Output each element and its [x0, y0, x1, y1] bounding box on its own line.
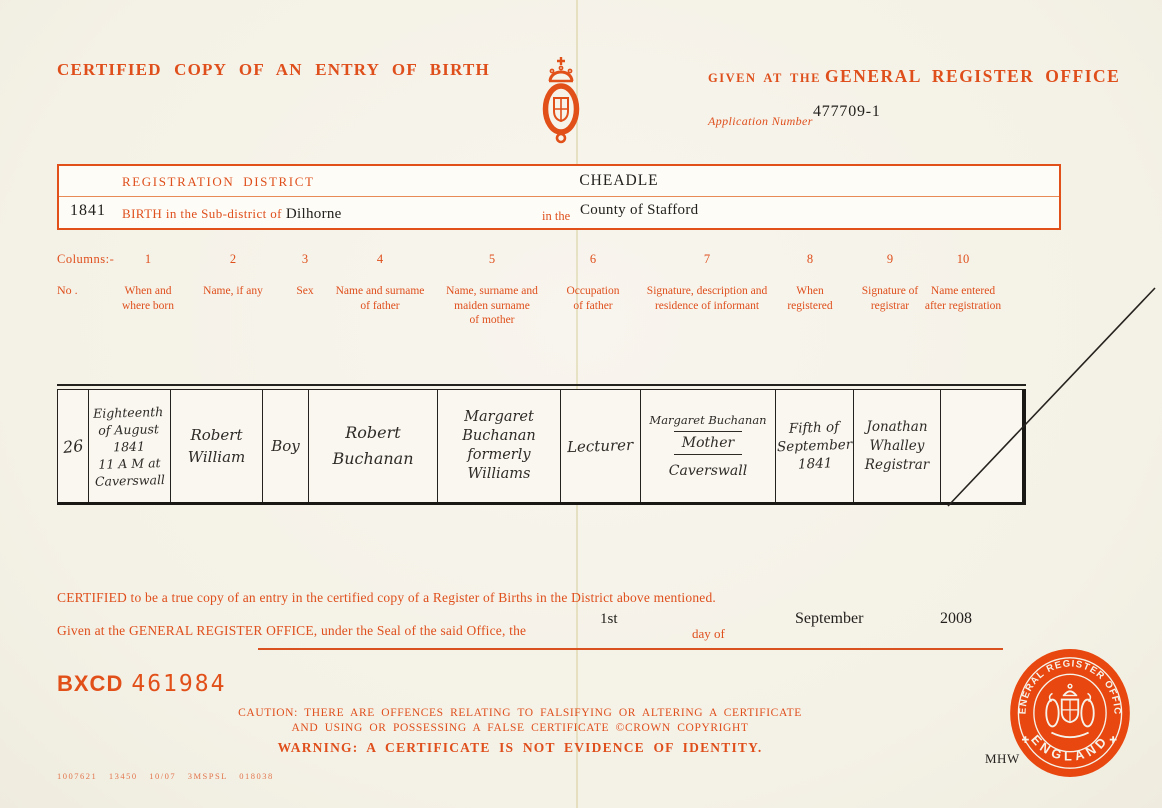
informant-description-value: Mother [674, 431, 742, 455]
column-header-10: 10 Name entered after registration [903, 252, 1023, 313]
sex-value: Boy [271, 437, 300, 455]
issue-date-rule [258, 648, 1003, 650]
when-registered-value: Fifth of September 1841 [776, 418, 853, 475]
registration-district-label: REGISTRATION DISTRICT [122, 174, 315, 190]
registration-year: 1841 [70, 202, 106, 220]
given-at-header: GIVEN AT THE GENERAL REGISTER OFFICE [708, 66, 1120, 87]
day-of-label: day of [692, 626, 725, 642]
table-top-rule [57, 384, 1026, 386]
column-number: 2 [183, 252, 283, 267]
in-the-label: in the [542, 209, 570, 224]
birth-prefix-label: BIRTH in the Sub-district of [122, 206, 282, 221]
certificate-title: CERTIFIED COPY OF AN ENTRY OF BIRTH [57, 60, 490, 80]
given-at-statement: Given at the GENERAL REGISTER OFFICE, un… [57, 623, 526, 639]
cell-informant: Margaret Buchanan Mother Caverswall [641, 390, 776, 502]
application-number-label: Application Number [708, 114, 813, 129]
registration-district-box: REGISTRATION DISTRICT CHEADLE 1841 BIRTH… [57, 164, 1061, 230]
royal-coat-of-arms-icon [536, 56, 586, 146]
caution-text: CAUTION: THERE ARE OFFENCES RELATING TO … [150, 706, 890, 736]
birth-subdistrict-line: BIRTH in the Sub-district ofDilhorne [122, 206, 342, 223]
column-label: When and where born [103, 284, 193, 313]
registrar-signature-value: Jonathan Whalley Registrar [865, 418, 929, 475]
column-label: Name and surname of father [314, 284, 446, 313]
print-code: 1007621 13450 10/07 3MSPSL 018038 [57, 771, 274, 781]
cell-occupation: Lecturer [561, 390, 641, 502]
cell-name-after-registration [941, 390, 1022, 502]
father-occupation-value: Lecturer [567, 436, 634, 456]
cell-name: Robert William [171, 390, 263, 502]
general-register-office-seal-icon: GENERAL REGISTER OFFICE ENGLAND ✚ ✚ [1008, 648, 1132, 778]
county-value: County of Stafford [580, 202, 698, 219]
column-label: When registered [770, 284, 850, 313]
registration-district-row: REGISTRATION DISTRICT CHEADLE [59, 166, 1059, 197]
application-number-value: 477709-1 [813, 103, 881, 121]
mother-name-value: Margaret Buchanan formerly Williams [462, 408, 535, 484]
seal-cross-left: ✚ [1022, 735, 1030, 746]
cell-entry-number: 26 [58, 390, 89, 502]
column-number: 5 [429, 252, 555, 267]
caution-line-2: AND USING OR POSSESSING A FALSE CERTIFIC… [292, 722, 749, 734]
seal-cross-right: ✚ [1109, 735, 1117, 746]
cell-mother: Margaret Buchanan formerly Williams [438, 390, 561, 502]
informant-signature-value: Margaret Buchanan [649, 413, 766, 427]
cell-when-where-born: Eighteenth of August 1841 11 A M at Cave… [89, 390, 171, 502]
cell-sex: Boy [263, 390, 309, 502]
cell-when-registered: Fifth of September 1841 [776, 390, 854, 502]
child-name-value: Robert William [188, 424, 246, 468]
column-header-8: 8 When registered [770, 252, 850, 313]
column-number: 4 [314, 252, 446, 267]
register-entry-row: 26 Eighteenth of August 1841 11 A M at C… [57, 389, 1026, 505]
entry-number-value: 26 [62, 435, 84, 456]
office-name-label: GENERAL REGISTER OFFICE [825, 66, 1120, 86]
cell-father: Robert Buchanan [309, 390, 438, 502]
certified-statement: CERTIFIED to be a true copy of an entry … [57, 590, 716, 606]
serial-number: 461984 [131, 671, 226, 697]
subdistrict-row: 1841 BIRTH in the Sub-district ofDilhorn… [59, 197, 1059, 228]
given-at-label: GIVEN AT THE [708, 71, 821, 85]
birth-certificate-document: CERTIFIED COPY OF AN ENTRY OF BIRTH GIVE… [0, 0, 1162, 808]
column-header-1: 1 When and where born [103, 252, 193, 313]
informant-residence-value: Caverswall [669, 463, 747, 479]
column-label: Name, surname and maiden surname of moth… [429, 284, 555, 328]
serial-prefix: BXCD [57, 671, 123, 696]
certificate-serial: BXCD461984 [57, 671, 226, 697]
column-label: Name, if any [183, 284, 283, 299]
column-number: 8 [770, 252, 850, 267]
issue-year-value: 2008 [940, 610, 972, 628]
issue-day-value: 1st [600, 611, 618, 628]
column-header-2: 2 Name, if any [183, 252, 283, 299]
column-header-5: 5 Name, surname and maiden surname of mo… [429, 252, 555, 328]
father-name-value: Robert Buchanan [332, 420, 413, 472]
column-header-4: 4 Name and surname of father [314, 252, 446, 313]
column-label: Name entered after registration [903, 284, 1023, 313]
caution-line-1: CAUTION: THERE ARE OFFENCES RELATING TO … [238, 707, 802, 719]
registration-district-value: CHEADLE [459, 172, 779, 190]
subdistrict-value: Dilhorne [286, 206, 342, 222]
when-where-born-value: Eighteenth of August 1841 11 A M at Cave… [93, 403, 165, 490]
column-number: 10 [903, 252, 1023, 267]
column-no-label: No . [57, 283, 78, 298]
warning-text: WARNING: A CERTIFICATE IS NOT EVIDENCE O… [150, 740, 890, 756]
issue-month-value: September [795, 610, 863, 628]
cell-registrar-signature: Jonathan Whalley Registrar [854, 390, 941, 502]
column-number: 1 [103, 252, 193, 267]
